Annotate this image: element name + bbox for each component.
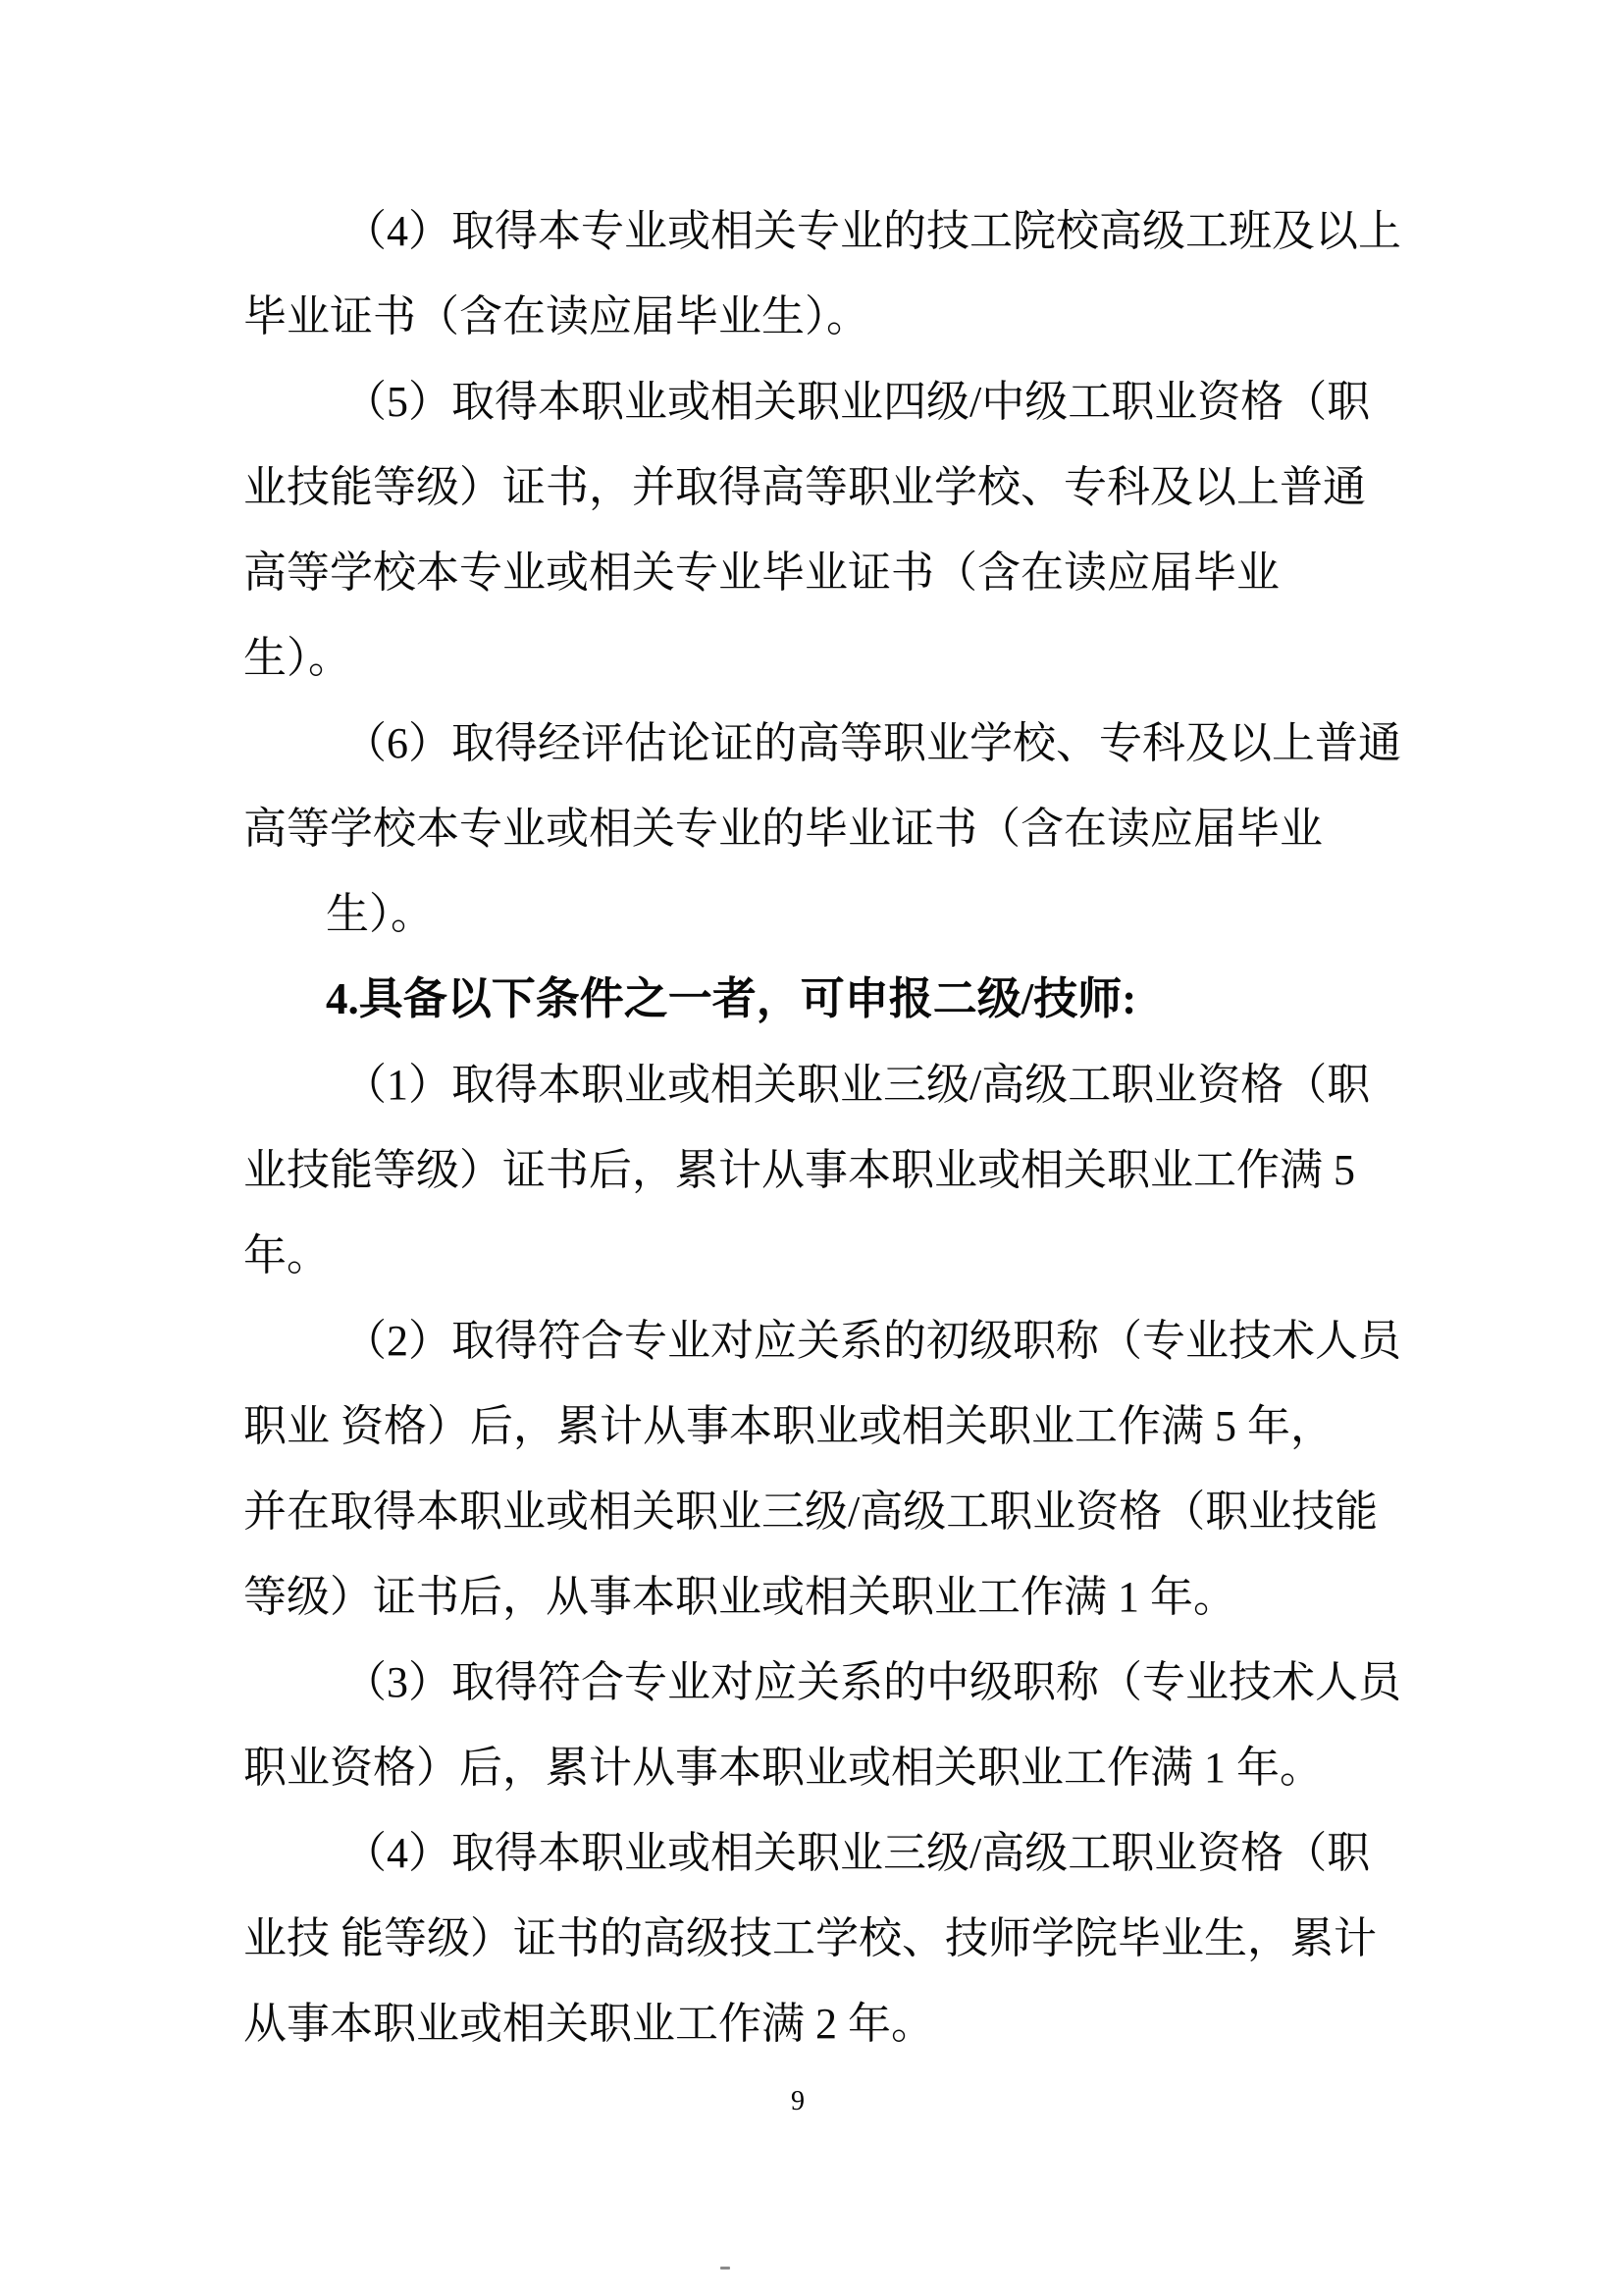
text-line: （5）取得本职业或相关职业四级/中级工职业资格（职	[343, 359, 1490, 444]
document-body: （4）取得本专业或相关专业的技工院校高级工班及以上 毕业证书（含在读应届毕业生）…	[243, 188, 1490, 2066]
text-line: 生）。	[243, 615, 1490, 701]
text-line: 并在取得本职业或相关职业三级/高级工职业资格（职业技能	[243, 1469, 1490, 1554]
document-page: （4）取得本专业或相关专业的技工院校高级工班及以上 毕业证书（含在读应届毕业生）…	[0, 0, 1623, 2296]
text-line: （4）取得本职业或相关职业三级/高级工职业资格（职	[343, 1810, 1490, 1896]
text-line: 业技能等级）证书后，累计从事本职业或相关职业工作满 5	[243, 1127, 1490, 1213]
section-heading: 4.具备以下条件之一者，可申报二级/技师:	[326, 957, 1490, 1042]
text-line: 等级）证书后，从事本职业或相关职业工作满 1 年。	[243, 1554, 1490, 1640]
text-line: 高等学校本专业或相关专业毕业证书（含在读应届毕业	[243, 530, 1490, 615]
text-line: （3）取得符合专业对应关系的中级职称（专业技术人员	[343, 1640, 1490, 1725]
text-line: 职业 资格）后，累计从事本职业或相关职业工作满 5 年，	[243, 1383, 1490, 1469]
text-line: 业技 能等级）证书的高级技工学校、技师学院毕业生，累计	[243, 1896, 1490, 1981]
text-line: （4）取得本专业或相关专业的技工院校高级工班及以上	[343, 188, 1490, 274]
text-line: 生）。	[326, 871, 1490, 957]
text-line: （6）取得经评估论证的高等职业学校、专科及以上普通	[343, 701, 1490, 786]
text-line: 从事本职业或相关职业工作满 2 年。	[243, 1981, 1490, 2066]
page-number: 9	[783, 2086, 812, 2117]
text-line: 毕业证书（含在读应届毕业生）。	[243, 274, 1490, 359]
text-line: 业技能等级）证书，并取得高等职业学校、专科及以上普通	[243, 444, 1490, 530]
text-line: 职业资格）后，累计从事本职业或相关职业工作满 1 年。	[243, 1725, 1490, 1810]
text-line: 年。	[243, 1213, 1490, 1298]
text-line: 高等学校本专业或相关专业的毕业证书（含在读应届毕业	[243, 786, 1490, 871]
text-line: （2）取得符合专业对应关系的初级职称（专业技术人员	[343, 1298, 1490, 1383]
scan-artifact-dot	[720, 2267, 730, 2270]
text-line: （1）取得本职业或相关职业三级/高级工职业资格（职	[343, 1042, 1490, 1127]
